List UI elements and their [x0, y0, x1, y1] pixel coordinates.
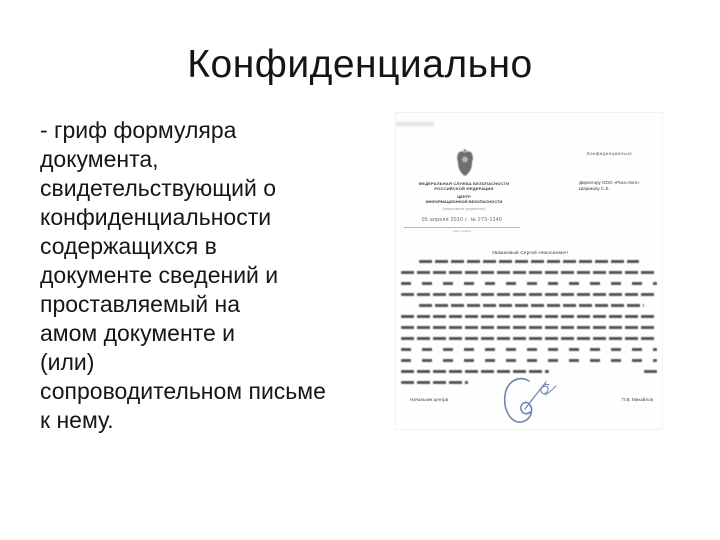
- letter-body-line: [401, 326, 657, 329]
- letter-body-line: [401, 348, 657, 351]
- letter-body-line: [401, 304, 657, 307]
- letterhead-line: РОССИЙСКОЙ ФЕДЕРАЦИИ: [400, 186, 528, 191]
- letterhead-line: ИНФОРМАЦИОННОЙ БЕЗОПАСНОСТИ: [400, 199, 528, 204]
- definition-text: - гриф формуляра документа, свидетельств…: [40, 116, 385, 435]
- fsb-eagle-emblem-icon: [456, 149, 474, 177]
- signoff-position-text: Начальник центра: [410, 397, 448, 402]
- letter-body-line: [401, 260, 657, 263]
- addressee-line: Шарикову С.Е.: [579, 186, 659, 192]
- scan-smudge: [396, 122, 434, 126]
- confidential-stamp-text: Конфиденциально: [587, 151, 632, 156]
- letter-body-line: [401, 271, 657, 274]
- page-title: Конфиденциально: [0, 42, 720, 88]
- date-underline: [404, 227, 520, 228]
- date-caption: (дата, номер): [402, 229, 522, 233]
- letterhead-block: ФЕДЕРАЛЬНАЯ СЛУЖБА БЕЗОПАСНОСТИ РОССИЙСК…: [400, 181, 528, 212]
- slide: Конфиденциально - гриф формуляра докумен…: [0, 0, 720, 540]
- letter-body-line: [401, 282, 657, 285]
- letter-body-line: [401, 359, 657, 362]
- letter-body-line: [401, 293, 657, 296]
- greeting-text: Уважаемый Сергей Николаевич!: [396, 250, 664, 255]
- addressee-block: Директору ООО «Рига-Авто» Шарикову С.Е.: [579, 180, 659, 192]
- signature-scribble-icon: [499, 373, 563, 431]
- scanned-letter-image: Конфиденциально ФЕДЕРАЛЬНАЯ СЛУЖБА БЕЗОП…: [395, 112, 663, 430]
- letter-body-line: [401, 337, 657, 340]
- date-number-line: 05 апреля 2010 г. № 273-1340: [402, 217, 522, 223]
- signoff-name-text: П.В. Михайлов: [622, 397, 653, 402]
- letter-body-line: [401, 315, 657, 318]
- letterhead-line: (оперативное управление): [400, 207, 528, 212]
